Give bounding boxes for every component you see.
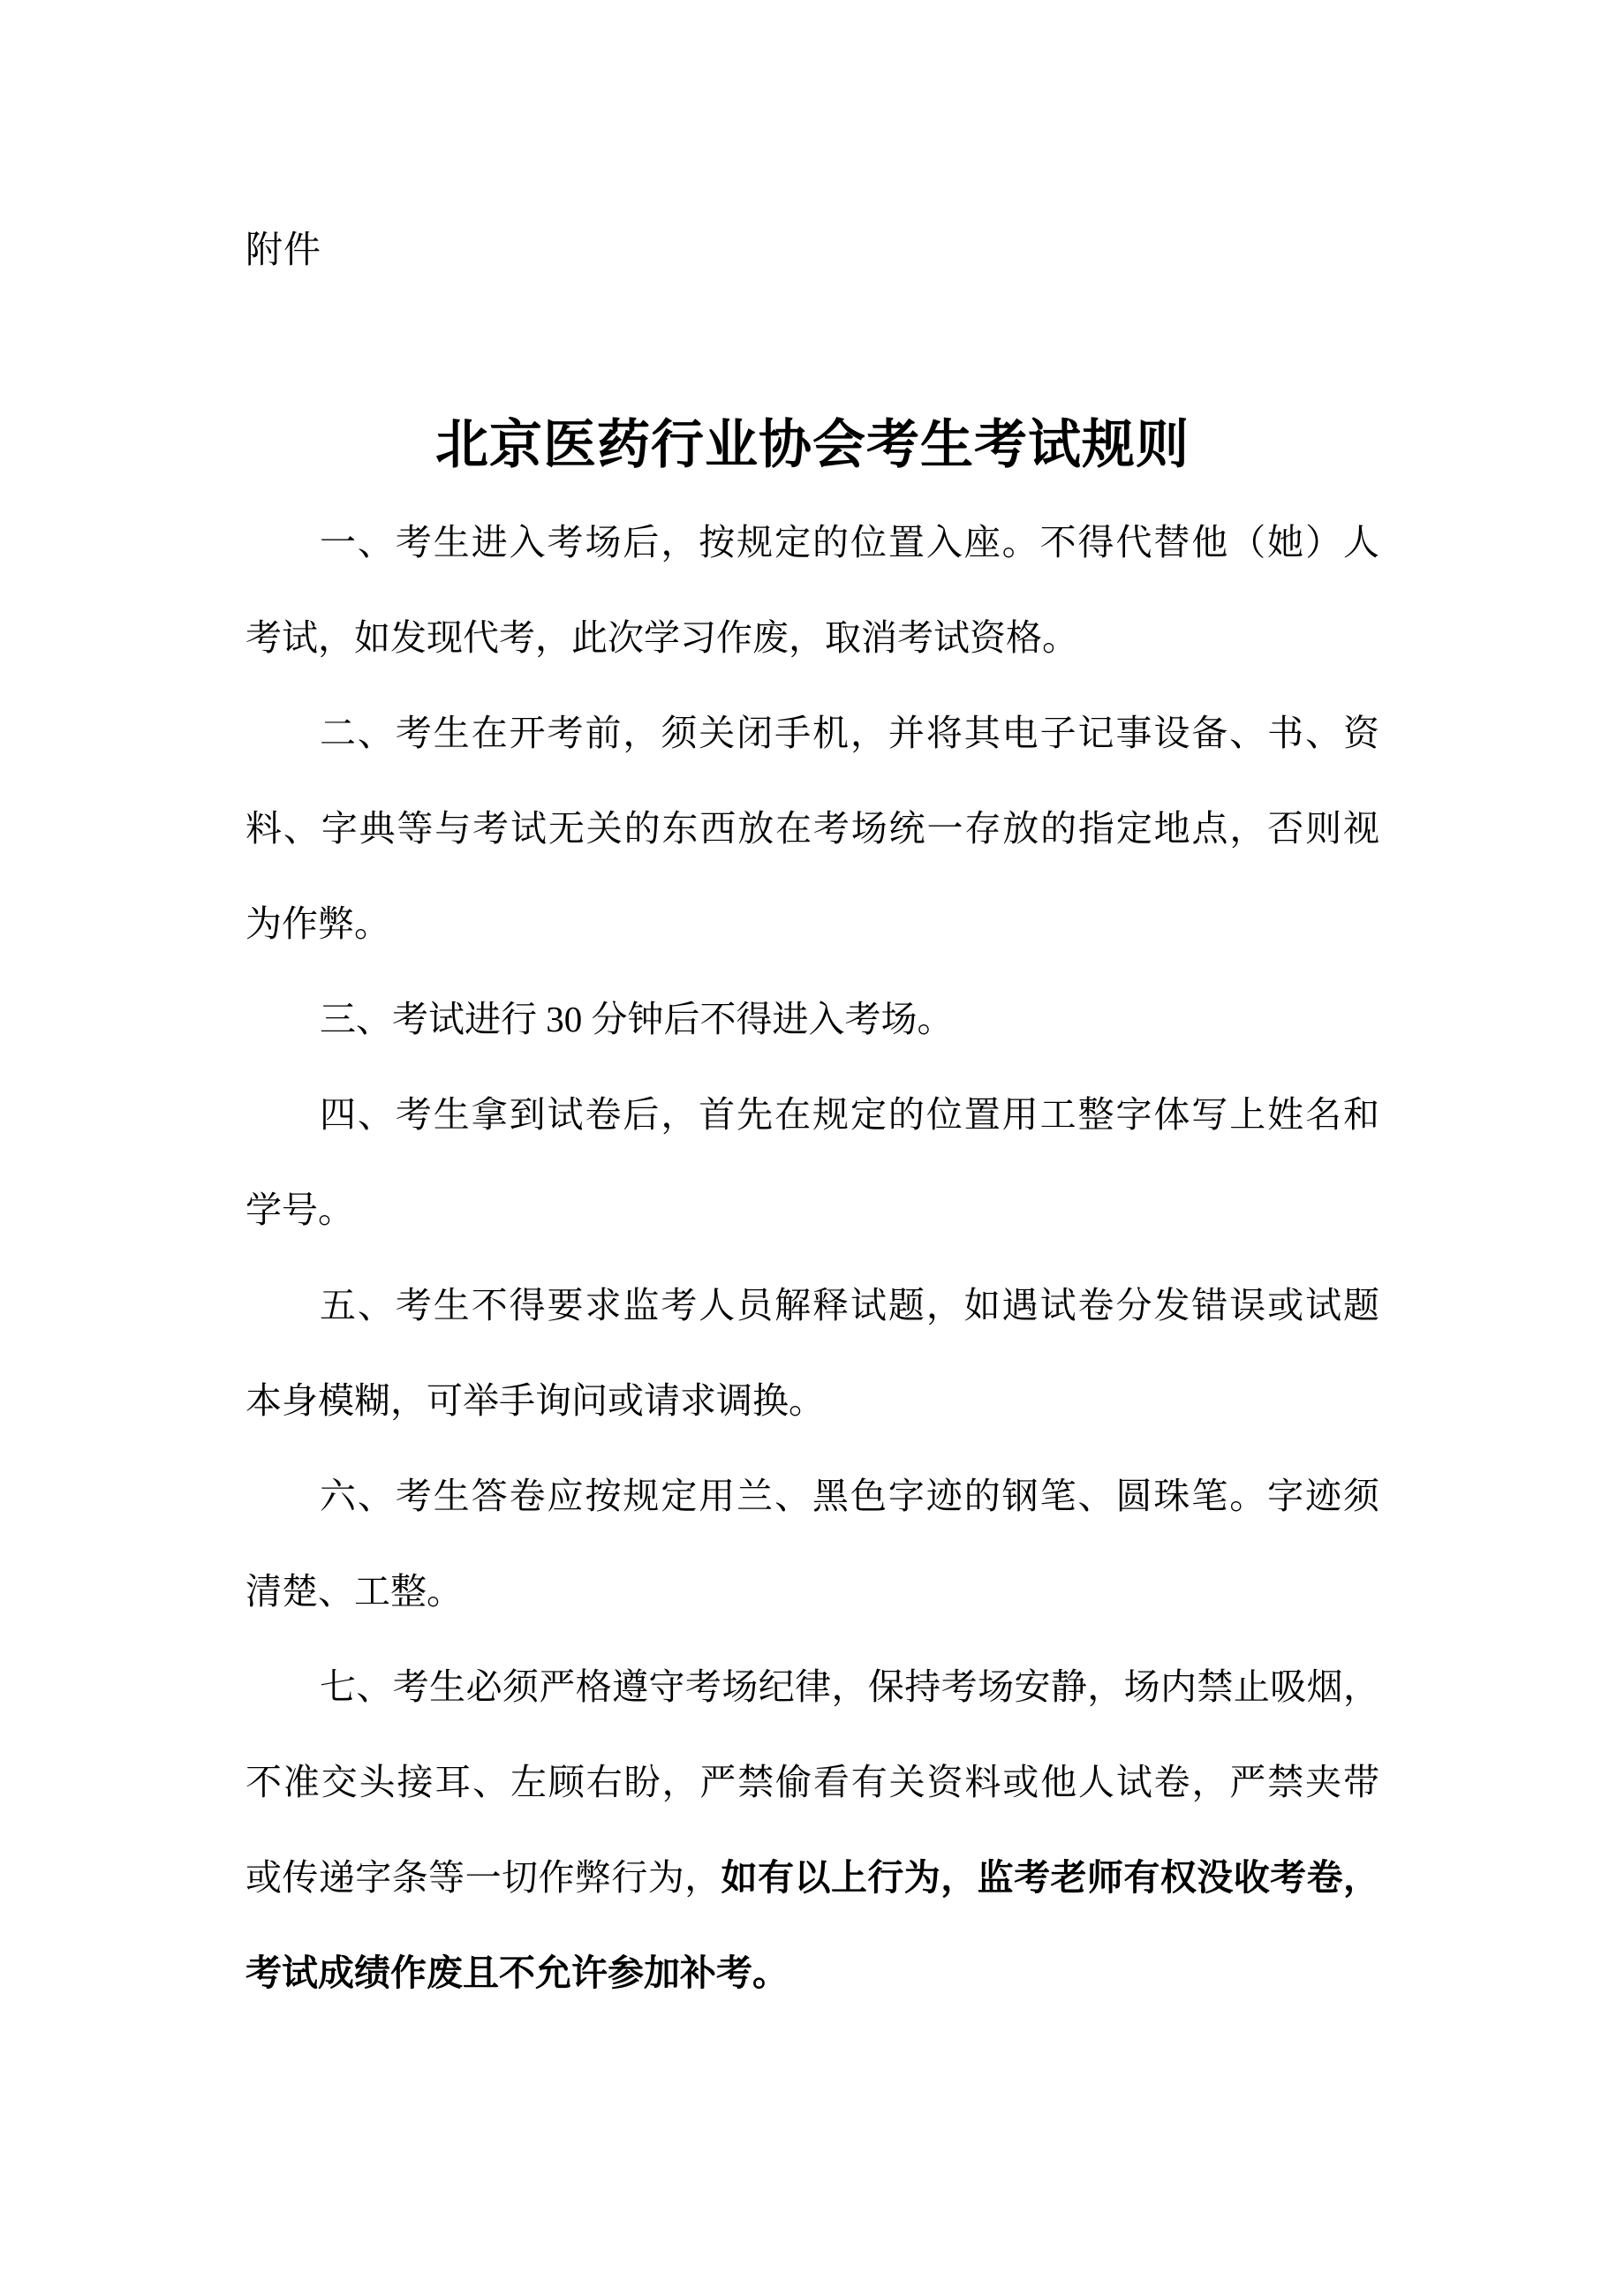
text-run: 为作弊。 <box>245 903 390 944</box>
text-line: 三、考试进行 30 分钟后不得进入考场。 <box>245 971 1379 1067</box>
text-run: 或传递字条等一切作弊行为， <box>245 1857 721 1898</box>
text-run: 七、考生必须严格遵守考场纪律，保持考场安静，场内禁止吸烟， <box>320 1666 1379 1707</box>
text-line: 料、字典等与考试无关的东西放在考场统一存放的指定地点，否则视 <box>245 781 1379 876</box>
paragraph: 五、考生不得要求监考人员解释试题，如遇试卷分发错误或试题本身模糊，可举手询问或请… <box>245 1258 1379 1448</box>
text-line: 学号。 <box>245 1162 1379 1258</box>
text-line: 考试，如发现代考，此次学习作废，取消考试资格。 <box>245 590 1379 685</box>
text-run: 如有以上行为，监考老师有权没收考卷， <box>721 1857 1379 1898</box>
text-run: 料、字典等与考试无关的东西放在考场统一存放的指定地点，否则视 <box>245 808 1379 849</box>
text-run: 不准交头接耳、左顾右盼，严禁偷看有关资料或他人试卷，严禁夹带 <box>245 1762 1379 1802</box>
paragraph: 二、考生在开考前，须关闭手机，并将其电子记事设备、书、资料、字典等与考试无关的东… <box>245 685 1379 971</box>
text-line: 清楚、工整。 <box>245 1544 1379 1639</box>
text-run: 学号。 <box>245 1190 354 1230</box>
text-line: 考试成绩作废且不允许参加补考。 <box>245 1925 1379 2020</box>
document-content: 北京医药行业协会考生考试规则 一、考生进入考场后，按规定的位置入座。不得代替他（… <box>245 396 1379 2020</box>
text-run: 二、考生在开考前，须关闭手机，并将其电子记事设备、书、资 <box>320 713 1379 753</box>
paragraph: 一、考生进入考场后，按规定的位置入座。不得代替他（她）人考试，如发现代考，此次学… <box>245 495 1379 685</box>
text-run: 三、考试进行 30 分钟后不得进入考场。 <box>320 999 954 1039</box>
text-line: 六、考生答卷应按规定用兰、黑色字迹的钢笔、圆珠笔。字迹须 <box>245 1448 1379 1544</box>
text-run: 考试成绩作废且不允许参加补考。 <box>245 1952 789 1993</box>
text-line: 或传递字条等一切作弊行为，如有以上行为，监考老师有权没收考卷， <box>245 1830 1379 1925</box>
attachment-label: 附件 <box>245 228 321 272</box>
text-line: 四、考生拿到试卷后，首先在规定的位置用工整字体写上姓名和 <box>245 1067 1379 1162</box>
document-title: 北京医药行业协会考生考试规则 <box>245 396 1379 495</box>
document-body: 一、考生进入考场后，按规定的位置入座。不得代替他（她）人考试，如发现代考，此次学… <box>245 495 1379 2020</box>
text-run: 四、考生拿到试卷后，首先在规定的位置用工整字体写上姓名和 <box>320 1094 1379 1135</box>
text-run: 六、考生答卷应按规定用兰、黑色字迹的钢笔、圆珠笔。字迹须 <box>320 1476 1379 1516</box>
text-run: 五、考生不得要求监考人员解释试题，如遇试卷分发错误或试题 <box>320 1285 1379 1325</box>
paragraph: 六、考生答卷应按规定用兰、黑色字迹的钢笔、圆珠笔。字迹须清楚、工整。 <box>245 1448 1379 1639</box>
text-line: 五、考生不得要求监考人员解释试题，如遇试卷分发错误或试题 <box>245 1258 1379 1353</box>
text-line: 七、考生必须严格遵守考场纪律，保持考场安静，场内禁止吸烟， <box>245 1639 1379 1734</box>
document-page: 附件 北京医药行业协会考生考试规则 一、考生进入考场后，按规定的位置入座。不得代… <box>0 0 1624 2296</box>
text-line: 本身模糊，可举手询问或请求调换。 <box>245 1353 1379 1448</box>
paragraph: 七、考生必须严格遵守考场纪律，保持考场安静，场内禁止吸烟，不准交头接耳、左顾右盼… <box>245 1639 1379 2020</box>
text-line: 二、考生在开考前，须关闭手机，并将其电子记事设备、书、资 <box>245 685 1379 781</box>
text-run: 一、考生进入考场后，按规定的位置入座。不得代替他（她）人 <box>320 522 1379 563</box>
text-run: 考试，如发现代考，此次学习作废，取消考试资格。 <box>245 617 1078 658</box>
text-run: 清楚、工整。 <box>245 1571 463 1612</box>
paragraph: 四、考生拿到试卷后，首先在规定的位置用工整字体写上姓名和学号。 <box>245 1067 1379 1258</box>
text-line: 不准交头接耳、左顾右盼，严禁偷看有关资料或他人试卷，严禁夹带 <box>245 1734 1379 1830</box>
paragraph: 三、考试进行 30 分钟后不得进入考场。 <box>245 971 1379 1067</box>
text-run: 本身模糊，可举手询问或请求调换。 <box>245 1380 825 1421</box>
text-line: 为作弊。 <box>245 876 1379 971</box>
text-line: 一、考生进入考场后，按规定的位置入座。不得代替他（她）人 <box>245 495 1379 590</box>
